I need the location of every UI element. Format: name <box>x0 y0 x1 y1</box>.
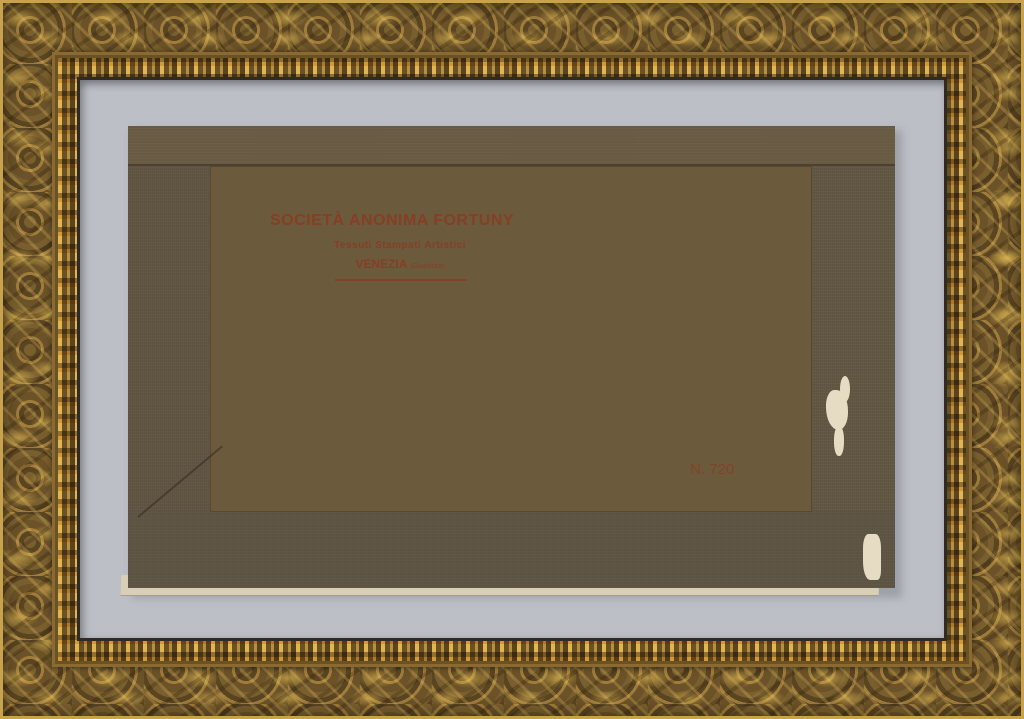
textile-damage <box>863 534 881 580</box>
textile-panel <box>128 126 895 588</box>
stamp-company-name: SOCIETÀ ANONIMA FORTUNY <box>252 212 532 230</box>
picture-frame: SOCIETÀ ANONIMA FORTUNY Tessuti Stampati… <box>0 0 1024 719</box>
textile-damage <box>834 426 844 456</box>
textile-top-fold <box>128 126 895 166</box>
stamp-underline <box>335 279 467 281</box>
stamp-subtitle: Tessuti Stampati Artistici <box>300 240 500 251</box>
stamp-city-name: VENEZIA <box>355 257 407 271</box>
textile-damage <box>840 376 850 402</box>
textile-border-right <box>810 166 895 510</box>
stamp-city: VENEZIA (Giudecca) <box>330 257 470 271</box>
textile-border-left <box>128 166 210 510</box>
inventory-number: N. 720 <box>690 461 770 478</box>
textile-border-bottom <box>128 510 895 588</box>
stamp-city-region: (Giudecca) <box>410 263 444 270</box>
